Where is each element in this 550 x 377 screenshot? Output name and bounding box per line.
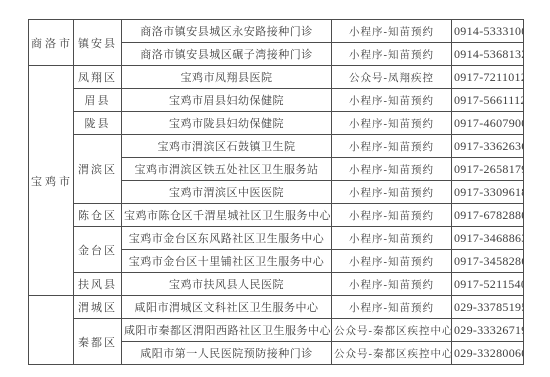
clinic-cell: 咸阳市第一人民医院预防接种门诊: [122, 342, 332, 365]
district-cell: 金台区: [74, 227, 122, 273]
phone-cell: 0917-5211540: [452, 273, 524, 296]
phone-cell: 0917-3458286: [452, 250, 524, 273]
clinic-table-body: 商洛市镇安县商洛市镇安县城区永安路接种门诊小程序-知苗预约0914-533310…: [29, 20, 524, 365]
district-cell: 眉县: [74, 89, 122, 112]
table-row: 宝鸡市凤翔区宝鸡市凤翔县医院公众号-凤翔疾控0917-7211012: [29, 66, 524, 89]
clinic-cell: 咸阳市秦都区渭阳西路社区卫生服务中心: [122, 319, 332, 342]
district-cell: 秦都区: [74, 319, 122, 365]
booking-cell: 公众号-凤翔疾控: [332, 66, 452, 89]
district-cell: 陈仓区: [74, 204, 122, 227]
city-cell: [29, 296, 74, 365]
table-row: 渭滨区宝鸡市渭滨区石鼓镇卫生院小程序-知苗预约0917-3362636: [29, 135, 524, 158]
clinic-cell: 宝鸡市眉县妇幼保健院: [122, 89, 332, 112]
district-cell: 渭城区: [74, 296, 122, 319]
clinic-cell: 宝鸡市凤翔县医院: [122, 66, 332, 89]
clinic-cell: 宝鸡市金台区十里铺社区卫生服务中心: [122, 250, 332, 273]
booking-cell: 小程序-知苗预约: [332, 296, 452, 319]
booking-cell: 小程序-知苗预约: [332, 89, 452, 112]
vaccination-clinic-table: 商洛市镇安县商洛市镇安县城区永安路接种门诊小程序-知苗预约0914-533310…: [28, 19, 524, 365]
table-row: 眉县宝鸡市眉县妇幼保健院小程序-知苗预约0917-5661112: [29, 89, 524, 112]
phone-cell: 029-33326719: [452, 319, 524, 342]
phone-cell: 0917-3468863: [452, 227, 524, 250]
booking-cell: 公众号-秦都区疾控中心: [332, 319, 452, 342]
clinic-cell: 宝鸡市扶风县人民医院: [122, 273, 332, 296]
clinic-cell: 宝鸡市陇县妇幼保健院: [122, 112, 332, 135]
clinic-cell: 宝鸡市陈仓区千渭星城社区卫生服务中心: [122, 204, 332, 227]
booking-cell: 小程序-知苗预约: [332, 273, 452, 296]
phone-cell: 0914-5368132: [452, 43, 524, 66]
district-cell: 扶风县: [74, 273, 122, 296]
phone-cell: 0914-5333100: [452, 20, 524, 43]
booking-cell: 小程序-知苗预约: [332, 112, 452, 135]
district-cell: 陇县: [74, 112, 122, 135]
clinic-cell: 宝鸡市金台区东风路社区卫生服务中心: [122, 227, 332, 250]
booking-cell: 小程序-知苗预约: [332, 204, 452, 227]
phone-cell: 0917-3309618: [452, 181, 524, 204]
clinic-cell: 宝鸡市渭滨区石鼓镇卫生院: [122, 135, 332, 158]
clinic-cell: 宝鸡市渭滨区中医医院: [122, 181, 332, 204]
table-row: 扶风县宝鸡市扶风县人民医院小程序-知苗预约0917-5211540: [29, 273, 524, 296]
table-row: 金台区宝鸡市金台区东风路社区卫生服务中心小程序-知苗预约0917-3468863: [29, 227, 524, 250]
table-row: 渭城区咸阳市渭城区文科社区卫生服务中心小程序-知苗预约029-33785195: [29, 296, 524, 319]
table-row: 陈仓区宝鸡市陈仓区千渭星城社区卫生服务中心小程序-知苗预约0917-678288…: [29, 204, 524, 227]
phone-cell: 029-33280060: [452, 342, 524, 365]
phone-cell: 029-33785195: [452, 296, 524, 319]
booking-cell: 小程序-知苗预约: [332, 181, 452, 204]
city-cell: 商洛市: [29, 20, 74, 66]
table-row: 秦都区咸阳市秦都区渭阳西路社区卫生服务中心公众号-秦都区疾控中心029-3332…: [29, 319, 524, 342]
booking-cell: 小程序-知苗预约: [332, 20, 452, 43]
table-row: 陇县宝鸡市陇县妇幼保健院小程序-知苗预约0917-4607900: [29, 112, 524, 135]
page-canvas: 商洛市镇安县商洛市镇安县城区永安路接种门诊小程序-知苗预约0914-533310…: [0, 0, 550, 377]
booking-cell: 小程序-知苗预约: [332, 158, 452, 181]
phone-cell: 0917-5661112: [452, 89, 524, 112]
city-cell: 宝鸡市: [29, 66, 74, 296]
phone-cell: 0917-6782880: [452, 204, 524, 227]
clinic-cell: 商洛市镇安县城区永安路接种门诊: [122, 20, 332, 43]
phone-cell: 0917-3362636: [452, 135, 524, 158]
district-cell: 镇安县: [74, 20, 122, 66]
phone-cell: 0917-4607900: [452, 112, 524, 135]
clinic-cell: 宝鸡市渭滨区铁五处社区卫生服务站: [122, 158, 332, 181]
phone-cell: 0917-2658179: [452, 158, 524, 181]
booking-cell: 小程序-知苗预约: [332, 227, 452, 250]
district-cell: 渭滨区: [74, 135, 122, 204]
booking-cell: 小程序-知苗预约: [332, 43, 452, 66]
clinic-cell: 商洛市镇安县城区碾子湾接种门诊: [122, 43, 332, 66]
district-cell: 凤翔区: [74, 66, 122, 89]
booking-cell: 小程序-知苗预约: [332, 135, 452, 158]
booking-cell: 公众号-秦都区疾控中心: [332, 342, 452, 365]
clinic-cell: 咸阳市渭城区文科社区卫生服务中心: [122, 296, 332, 319]
phone-cell: 0917-7211012: [452, 66, 524, 89]
booking-cell: 小程序-知苗预约: [332, 250, 452, 273]
table-row: 商洛市镇安县商洛市镇安县城区永安路接种门诊小程序-知苗预约0914-533310…: [29, 20, 524, 43]
